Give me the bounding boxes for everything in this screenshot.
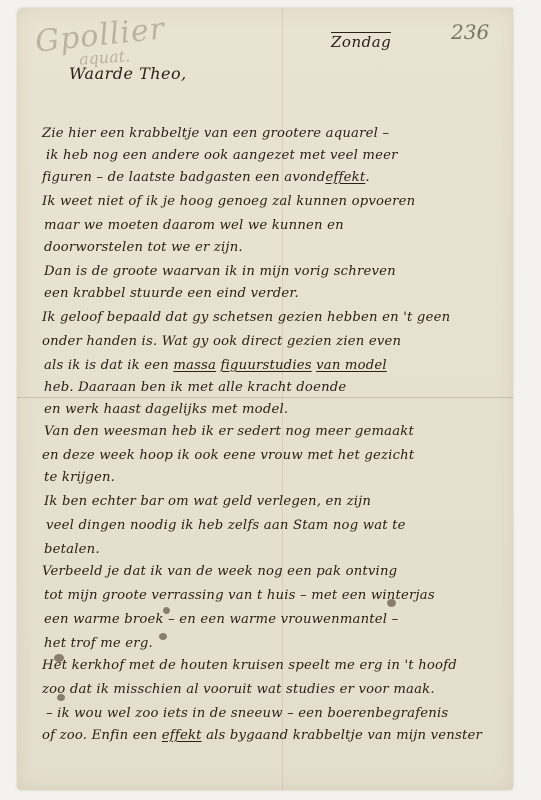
letter-line: en werk haast dagelijks met model. xyxy=(44,402,288,417)
salutation: Waarde Theo, xyxy=(69,64,187,83)
letter-line: het trof me erg. xyxy=(44,636,153,651)
letter-line: Ik weet niet of ik je hoog genoeg zal ku… xyxy=(42,194,415,209)
ink-blot xyxy=(387,599,396,607)
dateline: Zondag xyxy=(331,32,391,51)
letter-line: als ik is dat ik een massa figuurstudies… xyxy=(44,358,387,373)
letter-line: Zie hier een krabbeltje van een grootere… xyxy=(42,126,389,141)
letter-line: ik heb nog een andere ook aangezet met v… xyxy=(46,148,398,163)
letter-line: maar we moeten daarom wel we kunnen en xyxy=(44,218,344,233)
ink-blot xyxy=(54,654,64,662)
letter-line: een krabbel stuurde een eind verder. xyxy=(44,286,299,301)
letter-line: Dan is de groote waarvan ik in mijn vori… xyxy=(44,264,396,279)
letter-line: Verbeeld je dat ik van de week nog een p… xyxy=(42,564,397,579)
letter-line: betalen. xyxy=(44,542,100,557)
letter-line: Het kerkhof met de houten kruisen speelt… xyxy=(42,658,457,673)
letter-line: of zoo. Enfin een effekt als bygaand kra… xyxy=(42,728,482,743)
letter-line: en deze week hoop ik ook eene vrouw met … xyxy=(42,448,414,463)
letter-line: veel dingen noodig ik heb zelfs aan Stam… xyxy=(46,518,406,533)
letter-line: zoo dat ik misschien al vooruit wat stud… xyxy=(42,682,435,697)
letter-line: Van den weesman heb ik er sedert nog mee… xyxy=(44,424,414,439)
letter-line: tot mijn groote verrassing van t huis – … xyxy=(44,588,435,603)
letter-sheet: Gpollier aquat. Zondag 236 Waarde Theo, … xyxy=(17,8,513,790)
horizontal-fold-line xyxy=(17,397,513,398)
letter-line: figuren – de laatste badgasten een avond… xyxy=(42,170,370,185)
letter-line: doorworstelen tot we er zijn. xyxy=(44,240,243,255)
letter-line: te krijgen. xyxy=(44,470,115,485)
letter-line: heb. Daaraan ben ik met alle kracht doen… xyxy=(44,380,346,395)
letter-line: een warme broek – en een warme vrouwenma… xyxy=(44,612,398,627)
ink-blot xyxy=(159,633,167,640)
ink-blot xyxy=(163,607,170,614)
letter-line: Ik geloof bepaald dat gy schetsen gezien… xyxy=(42,310,450,325)
ink-blot xyxy=(57,694,65,701)
archive-page-number: 236 xyxy=(451,20,489,44)
letter-line: onder handen is. Wat gy ook direct gezie… xyxy=(42,334,401,349)
letter-line: – ik wou wel zoo iets in de sneeuw – een… xyxy=(46,706,448,721)
letter-line: Ik ben echter bar om wat geld verlegen, … xyxy=(44,494,371,509)
